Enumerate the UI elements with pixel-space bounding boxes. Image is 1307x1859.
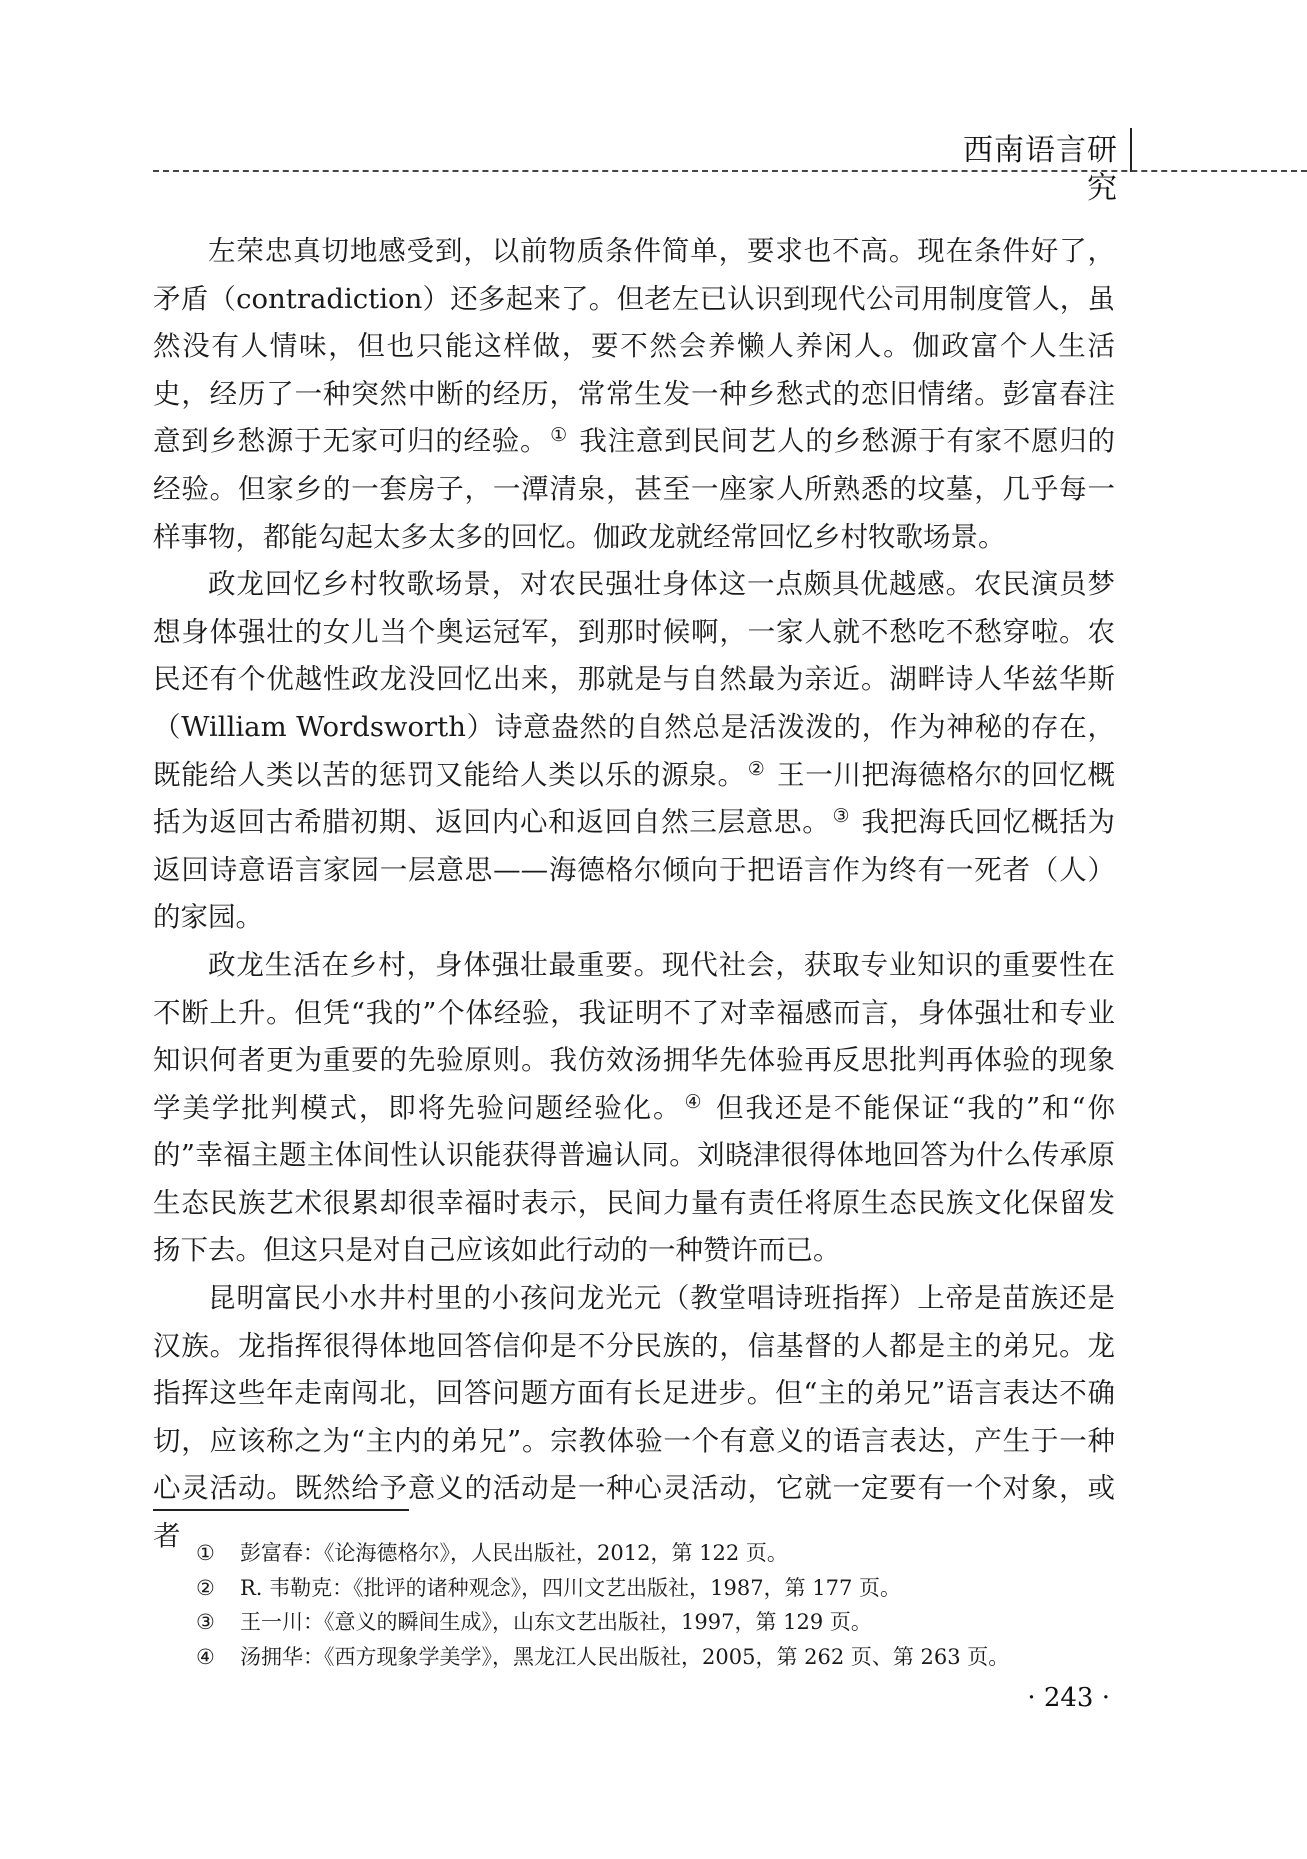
footnote-ref-2[interactable]: ② xyxy=(748,758,766,780)
footnote-4-number: ④ xyxy=(196,1640,240,1675)
footnotes: ① 彭富春：《论海德格尔》，人民出版社，2012，第 122 页。 ② R. 韦… xyxy=(196,1536,1116,1674)
footnote-3-text: 王一川：《意义的瞬间生成》，山东文艺出版社，1997，第 129 页。 xyxy=(240,1605,872,1640)
footnote-separator-rule xyxy=(153,1509,409,1511)
paragraph-4-text-a: 昆明富民小水井村里的小孩问龙光元（教堂唱诗班指挥）上帝是苗族还是汉族。龙指挥很得… xyxy=(153,1282,1115,1552)
paragraph-4: 昆明富民小水井村里的小孩问龙光元（教堂唱诗班指挥）上帝是苗族还是汉族。龙指挥很得… xyxy=(153,1275,1115,1561)
paragraph-1: 左荣忠真切地感受到，以前物质条件简单，要求也不高。现在条件好了，矛盾（contr… xyxy=(153,228,1115,561)
footnote-ref-3[interactable]: ③ xyxy=(832,805,850,827)
paragraph-3: 政龙生活在乡村，身体强壮最重要。现代社会，获取专业知识的重要性在不断上升。但凭“… xyxy=(153,942,1115,1275)
header-vertical-divider xyxy=(1130,128,1132,172)
footnote-4-text: 汤拥华：《西方现象学美学》，黑龙江人民出版社，2005，第 262 页、第 26… xyxy=(240,1640,1009,1675)
footnote-2-number: ② xyxy=(196,1571,240,1606)
footnote-1-text: 彭富春：《论海德格尔》，人民出版社，2012，第 122 页。 xyxy=(240,1536,788,1571)
footnote-ref-1[interactable]: ① xyxy=(550,424,568,446)
paragraph-2: 政龙回忆乡村牧歌场景，对农民强壮身体这一点颇具优越感。农民演员梦想身体强壮的女儿… xyxy=(153,561,1115,942)
footnote-ref-4[interactable]: ④ xyxy=(684,1091,703,1113)
footnote-2-text: R. 韦勒克：《批评的诸种观念》，四川文艺出版社，1987，第 177 页。 xyxy=(240,1571,901,1606)
footnote-4: ④ 汤拥华：《西方现象学美学》，黑龙江人民出版社，2005，第 262 页、第 … xyxy=(196,1640,1116,1675)
paragraph-2-text-a: 政龙回忆乡村牧歌场景，对农民强壮身体这一点颇具优越感。农民演员梦想身体强壮的女儿… xyxy=(153,568,1115,790)
footnote-1: ① 彭富春：《论海德格尔》，人民出版社，2012，第 122 页。 xyxy=(196,1536,1116,1571)
footnote-2: ② R. 韦勒克：《批评的诸种观念》，四川文艺出版社，1987，第 177 页。 xyxy=(196,1571,1116,1606)
page-number: · 243 · xyxy=(1010,1681,1110,1715)
body-text: 左荣忠真切地感受到，以前物质条件简单，要求也不高。现在条件好了，矛盾（contr… xyxy=(153,228,1115,1561)
header-dashed-rule xyxy=(153,170,1307,172)
footnote-3: ③ 王一川：《意义的瞬间生成》，山东文艺出版社，1997，第 129 页。 xyxy=(196,1605,1116,1640)
footnote-1-number: ① xyxy=(196,1536,240,1571)
footnote-3-number: ③ xyxy=(196,1605,240,1640)
